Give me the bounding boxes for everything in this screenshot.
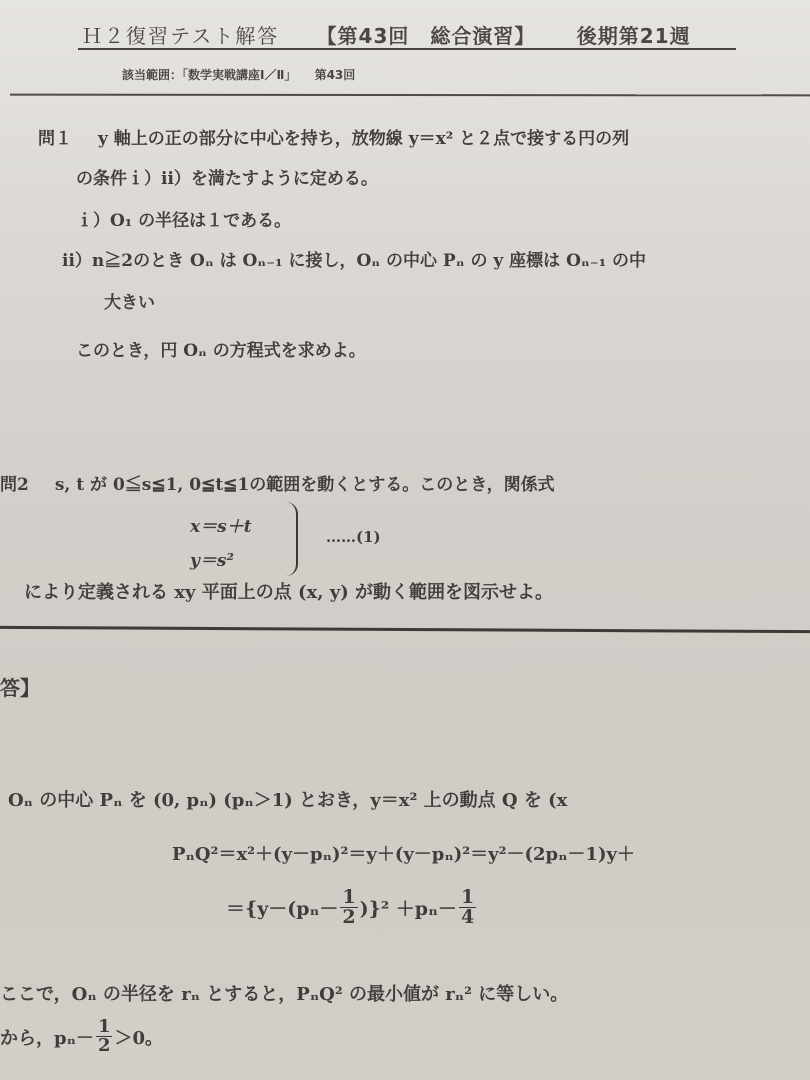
right-brace-icon (282, 502, 298, 576)
answer-line3-part1: ＝{y－(pₙ－ (226, 894, 338, 921)
answer-line1: Oₙ の中心 Pₙ を (0, pₙ) (pₙ＞1) とおき，y＝x² 上の動点… (8, 786, 567, 812)
answer-line3-part2: )}² ＋pₙ－ (360, 894, 457, 921)
title-underline (78, 48, 736, 50)
q1-condition-2-cont: 大きい (104, 288, 155, 313)
fraction-one-half-b: 1 2 (96, 1018, 113, 1055)
q2-equation-y: y＝s² (190, 546, 234, 571)
answer-line5: から，pₙ－ 1 2 ＞0。 (0, 1018, 163, 1055)
section-divider (0, 626, 810, 633)
scope-line: 該当範囲：「数学実戦講座Ⅰ／Ⅱ」 第43回 (122, 66, 355, 83)
q1-text-1: y 軸上の正の部分に中心を持ち，放物線 y＝x² と２点で接する円の列 (98, 129, 629, 149)
answer-line4: ここで，Oₙ の半径を rₙ とすると，PₙQ² の最小値が rₙ² に等しい。 (0, 980, 568, 1006)
q2-label: 問2 (0, 475, 29, 495)
q2-line1: 問2s, t が 0≦s≦1, 0≦t≦1の範囲を動くとする。このとき，関係式 (0, 470, 555, 495)
q2-equation-tag: ……(1) (326, 528, 381, 546)
document-header: Ｈ２復習テスト解答 【第43回 総合演習】 後期第21週 (82, 20, 691, 49)
q1-line2: の条件ｉ）ⅱ）を満たすように定める。 (76, 164, 378, 189)
header-divider (10, 94, 810, 97)
fraction-one-half: 1 2 (340, 888, 357, 927)
q2-text-1: s, t が 0≦s≦1, 0≦t≦1の範囲を動くとする。このとき，関係式 (55, 475, 555, 495)
document-title: Ｈ２復習テスト解答 (82, 24, 279, 48)
document-photo: Ｈ２復習テスト解答 【第43回 総合演習】 後期第21週 該当範囲：「数学実戦講… (0, 0, 810, 1080)
q2-equation-x: x＝s＋t (190, 512, 252, 537)
answer-line5-part2: ＞0。 (114, 1024, 163, 1050)
q2-line2: により定義される xy 平面上の点 (x, y) が動く範囲を図示せよ。 (24, 578, 553, 604)
session-label: 【第43回 総合演習】 (317, 24, 536, 48)
q1-line1: 問１y 軸上の正の部分に中心を持ち，放物線 y＝x² と２点で接する円の列 (38, 124, 629, 149)
scope-label: 該当範囲：「数学実戦講座Ⅰ／Ⅱ」 (122, 68, 296, 82)
fraction-one-quarter: 1 4 (459, 888, 476, 927)
week-label: 後期第21週 (577, 24, 691, 48)
q1-label: 問１ (38, 129, 72, 149)
q1-condition-2: ⅱ）n≧2のとき Oₙ は Oₙ₋₁ に接し，Oₙ の中心 Pₙ の y 座標は… (62, 246, 646, 271)
answer-line2: PₙQ²＝x²＋(y－pₙ)²＝y＋(y－pₙ)²＝y²－(2pₙ－1)y＋ (172, 840, 635, 866)
q1-question: このとき，円 Oₙ の方程式を求めよ。 (76, 336, 366, 361)
answer-line5-part1: から，pₙ－ (0, 1024, 94, 1050)
answer-line3: ＝{y－(pₙ－ 1 2 )}² ＋pₙ－ 1 4 (226, 888, 478, 927)
scope-session: 第43回 (315, 68, 356, 82)
answer-heading: 答】 (0, 672, 40, 701)
q1-condition-1: ｉ）O₁ の半径は１である。 (76, 206, 291, 231)
